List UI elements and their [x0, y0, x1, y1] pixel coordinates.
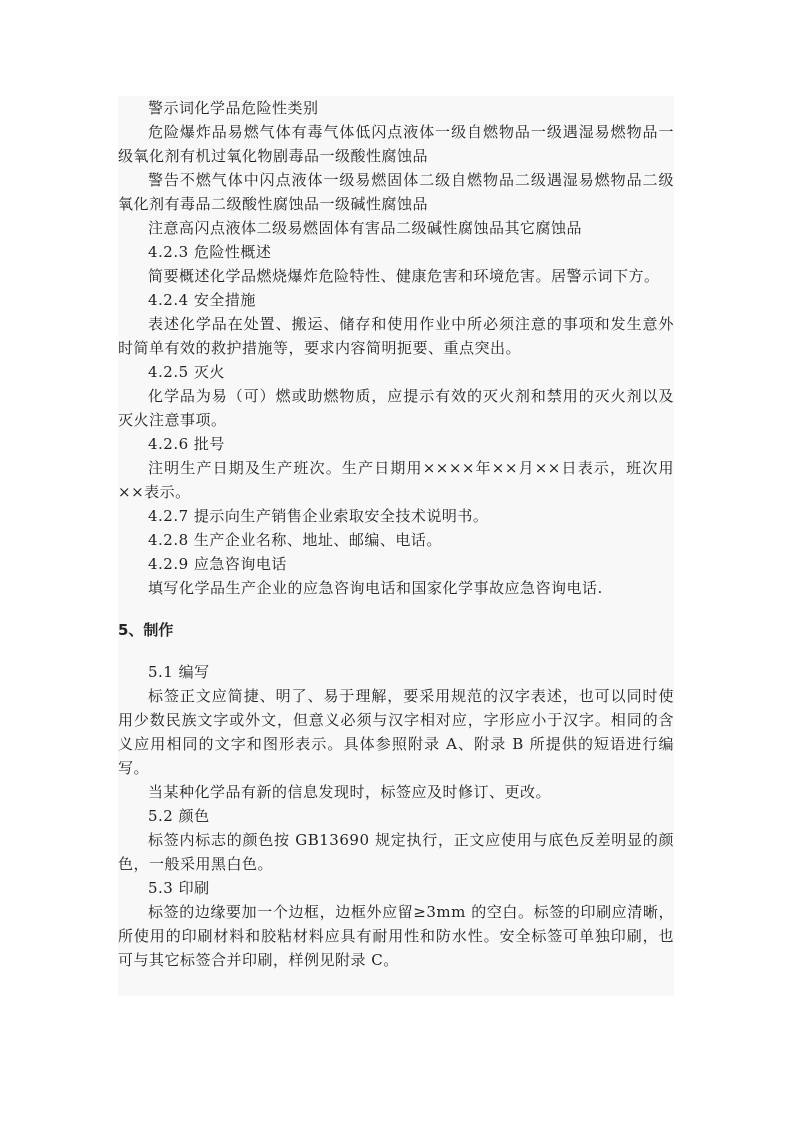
paragraph-warning-categories: 警告不燃气体中闪点液体一级易燃固体二级自燃物品二级遇湿易燃物品二级氧化剂有毒品二… — [118, 168, 674, 216]
subheading-4-2-3: 4.2.3 危险性概述 — [118, 240, 674, 264]
paragraph-revision: 当某种化学品有新的信息发现时，标签应及时修订、更改。 — [118, 780, 674, 804]
subheading-5-3: 5.3 印刷 — [118, 876, 674, 900]
paragraph-hazard-overview: 简要概述化学品燃烧爆炸危险特性、健康危害和环境危害。居警示词下方。 — [118, 264, 674, 288]
paragraph-fire-fighting: 化学品为易（可）燃或助燃物质，应提示有效的灭火剂和禁用的灭火剂以及灭火注意事项。 — [118, 384, 674, 432]
paragraph-emergency-phone: 填写化学品生产企业的应急咨询电话和国家化学事故应急咨询电话. — [118, 576, 674, 600]
paragraph-warning-header: 警示词化学品危险性类别 — [118, 96, 674, 120]
paragraph-danger-categories: 危险爆炸品易燃气体有毒气体低闪点液体一级自燃物品一级遇湿易燃物品一级氧化剂有机过… — [118, 120, 674, 168]
paragraph-batch-number: 注明生产日期及生产班次。生产日期用××××年××月××日表示，班次用××表示。 — [118, 456, 674, 504]
subheading-4-2-6: 4.2.6 批号 — [118, 432, 674, 456]
document-page: 警示词化学品危险性类别 危险爆炸品易燃气体有毒气体低闪点液体一级自燃物品一级遇湿… — [118, 96, 674, 996]
section-5-content: 5.1 编写 标签正文应简捷、明了、易于理解，要采用规范的汉字表述，也可以同时使… — [118, 660, 674, 972]
section-5-heading: 5、制作 — [118, 618, 674, 642]
subheading-4-2-9: 4.2.9 应急咨询电话 — [118, 552, 674, 576]
subheading-4-2-7: 4.2.7 提示向生产销售企业索取安全技术说明书。 — [118, 504, 674, 528]
subheading-5-1: 5.1 编写 — [118, 660, 674, 684]
paragraph-printing: 标签的边缘要加一个边框，边框外应留≥3mm 的空白。标签的印刷应清晰，所使用的印… — [118, 900, 674, 972]
paragraph-color: 标签内标志的颜色按 GB13690 规定执行，正文应使用与底色反差明显的颜色，一… — [118, 828, 674, 876]
paragraph-writing: 标签正文应简捷、明了、易于理解，要采用规范的汉字表述，也可以同时使用少数民族文字… — [118, 684, 674, 780]
paragraph-safety-measures: 表述化学品在处置、搬运、储存和使用作业中所必须注意的事项和发生意外时简单有效的救… — [118, 312, 674, 360]
subheading-5-2: 5.2 颜色 — [118, 804, 674, 828]
section-4-content: 警示词化学品危险性类别 危险爆炸品易燃气体有毒气体低闪点液体一级自燃物品一级遇湿… — [118, 96, 674, 600]
subheading-4-2-4: 4.2.4 安全措施 — [118, 288, 674, 312]
subheading-4-2-8: 4.2.8 生产企业名称、地址、邮编、电话。 — [118, 528, 674, 552]
subheading-4-2-5: 4.2.5 灭火 — [118, 360, 674, 384]
paragraph-caution-categories: 注意高闪点液体二级易燃固体有害品二级碱性腐蚀品其它腐蚀品 — [118, 216, 674, 240]
